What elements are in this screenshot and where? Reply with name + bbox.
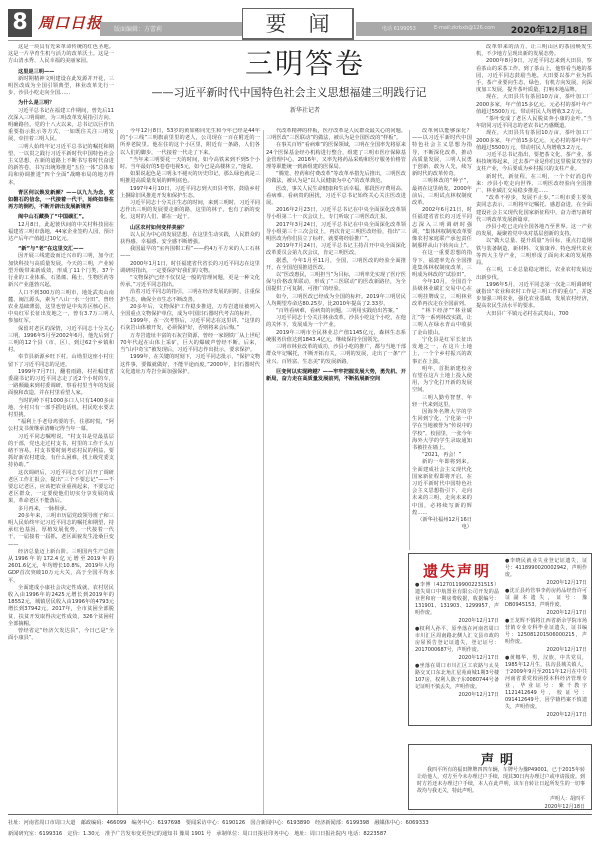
statement-signer: 声明人：胡四平 xyxy=(417,796,585,803)
article-paragraph: “茶叶变成了老区人民脱贫奔小康的金叶。”当年陪同习近平同志的老农书记乃感慨道。 xyxy=(476,116,592,130)
statement-body: 我四平所有的福田牌牌四四车辆，车牌号为豫P49001，已于2015年转让给他人，… xyxy=(417,767,585,812)
article-paragraph: 2017年3月24日，习近平总书记在中央全面深化改革领导小组第三十三次会议上，再… xyxy=(266,222,406,244)
column-divider xyxy=(117,130,118,814)
article-paragraph: 三明人勤劳智慧，年轻一代来到这里。 xyxy=(412,395,472,409)
article-paragraph: 习近平同志十分关注生态的时间，来到三明时，习近平同志作出三明的发展要走新的路，这… xyxy=(120,200,260,222)
notice-item-date: 2020年12月17日 xyxy=(505,580,587,587)
notice-item: ●王龙辉不慎将江西省新余学院市场营销专业专科毕业证遗失，证书编号：1250812… xyxy=(505,618,587,646)
article-paragraph: 习近平同志嘱咐说，“村支书是党最基层的干部，党也走过村支书，村里的工作千头万绪不… xyxy=(8,434,114,470)
article-paragraph: 在三明，工业总量稳定增长，农业农村发展迈出新步伐。 xyxy=(476,267,592,281)
column-divider xyxy=(263,130,264,814)
section-subheading: 这里是三明—— xyxy=(8,69,114,76)
article-paragraph: 三明林改的“种子”，最初在这里萌发。2000年前后，三明试点林权制度改革。 xyxy=(412,178,472,207)
article-paragraph: 改革何以能够深化？——以习近平新时代中国特色社会主义思想为指导，不断深化改革，推… xyxy=(412,128,472,178)
notice-item: ●黄娜华，男，汉族，中共党员，1985年12月生，扶沟县城关镇人，于2009年9… xyxy=(505,655,587,711)
article-paragraph: （新华社福州12月16日电） xyxy=(412,517,472,531)
lost-notice-right: ●李晓民就业失业登记证遗失，证号：4118990020002942，声明作废。2… xyxy=(505,558,587,720)
article-paragraph: 因开展三线建设而迁兴市的三明，加今正加快科技与高质量发展。今天的三明，产业转型升… xyxy=(8,253,114,289)
article-paragraph: 新的一年即将到来。全面建成社会主义现代化国家新征程即将开启。在习近平新时代中国特… xyxy=(412,459,472,517)
article-paragraph: 沙县小吃已走向全国各地乃至世界。这一产业的发展，凝聚着党中央对基层创新的支持。 xyxy=(476,224,592,238)
article-paragraph: 奉节县新源乡旺下村，山坳里这座小村庄留下了习近平同志的足迹。 xyxy=(8,354,114,368)
statement-text: 我四平所有的福田牌牌四四车辆，车牌号为豫P49001，已于2015年转让给他人，… xyxy=(417,767,585,795)
notice-item-date: 2020年12月17日 xyxy=(415,618,499,625)
footer: 社址：河南省周口市周口大道 邮政编码：466099 编务中心：6197698 要… xyxy=(8,818,592,840)
email: E-mail:zkrbxb@126.com xyxy=(434,25,495,31)
lost-notice-title: 遗失声明 xyxy=(415,560,499,581)
article-paragraph: 以人民为中心的发展思想，在这里生动实践，人民群众的获得感、幸福感、安全感不断增强… xyxy=(120,232,260,246)
article-paragraph: 全面建成小康社会决定性成就，农村居民收入由1996年的2425元增长到2019年… xyxy=(8,585,114,628)
article-column-3: 代改革精神的样板，医疗改革是人民群众最关心的问题。三明医改“三医联动”的做法，被… xyxy=(266,128,406,814)
article-column-1: 这是一块具有光荣革命传统的红色圣地。这是一片孕育生机与活力的改革沃土。这是一方山… xyxy=(8,44,114,814)
article-paragraph: 如今，三明医改已经成为全国的标杆。2019年三明居民人均期望寿命达80.25岁，… xyxy=(266,294,406,308)
article-paragraph: 今年10月，全国首个县级林业碳汇交易中心在三明挂牌成立，三明林业改革再次走在全国… xyxy=(412,279,472,308)
article-paragraph: 大田县广平镇元必村在武夷山，700 xyxy=(476,311,592,318)
article-paragraph: 我国最早的“室内围棋工程”——约4万平方米的人工石林—— xyxy=(120,246,260,260)
article-paragraph: 以“医改惠民，三明担当”为目标，三明率先实现了医疗医保与价格改革联动，形成了“三… xyxy=(266,272,406,294)
column-divider xyxy=(409,130,410,550)
article-paragraph: 经济总量迈上新台阶。三明国内生产总值从1996年的172.4亿元增至2019年的… xyxy=(8,549,114,585)
article-paragraph: 保留对老区的深情，习近平同志十分关心三明。1996年5月至2002年6月，他先后… xyxy=(8,326,114,355)
article-paragraph: 因海外名牌大学的学生回到宁化，宁化第一中学在当地被誉为“传说中的学校”。校园里，… xyxy=(412,409,472,452)
article-paragraph: 1996年5月，习近平同志第一次赴三明调研时就指出“农业和农村工作是三明工作的重… xyxy=(476,282,592,311)
article-paragraph: 2000年8月9日，习近平同志来到大田县，察看茶山的采茶工作。到了茶山上，他察看… xyxy=(476,58,592,94)
article-paragraph: 2002年6月21日，时任福建省省长的习近平同志深入三明调研时强调，“集体林权制… xyxy=(412,207,472,250)
article-paragraph: 现在，大田县共有茶园10万亩，茶叶加工厂2000多家，年产值15多亿元，元必村的… xyxy=(476,94,592,116)
article-subtitle: ——习近平新时代中国特色社会主义思想福建三明践行记 xyxy=(134,84,444,100)
article-paragraph: 据悉，今年1月至11月，全国，三明医改的经验全面推开，在全国范围推进医改。 xyxy=(266,258,406,272)
article-paragraph: “当年来三明要花一天的时间，如今高铁来到不到5个小时。当年最好的5卷卷电视5元，… xyxy=(120,157,260,171)
article-paragraph: 1999年，在关键的时刻下，习近平同志批示，“保护文物这件事，要做就做好，不能半… xyxy=(120,354,260,376)
article-paragraph: 以“做大总量、提升质量”为目标，重点打造钢铁与装备制造、新材料、文旅康养、特色现… xyxy=(476,238,592,267)
notice-item-date: 2020年12月17日 xyxy=(505,610,587,617)
article-paragraph: 20多年后，文物保护工作稳步推进，万寿岩遗址被列入全国重点文物保护单位，成为中国… xyxy=(120,304,260,318)
statement-date: 2020年12月18日 xyxy=(417,804,585,811)
notice-item: ●权利人孙平，原坐落在河南省周口市川汇区周南路北侧人汇文县市政的房屋预告登记证遗… xyxy=(415,626,499,654)
section-subheading: 闽中山石藏换了“中国碳汇”。 xyxy=(8,214,114,221)
article-paragraph: “腾笼、控药和付费改革”等改革举措先后推出，三明医改的做法，被认为是“以人民健康… xyxy=(266,171,406,185)
article-paragraph: “文物保护已经不仅仅是一般的管理问题，更是一种文化传承。”习近平同志指出。 xyxy=(120,275,260,289)
notice-item: ●坐落在周口市川汇区工农路与太昊路交叉口东北角汇星苑商城1期3号楼107房，权利… xyxy=(415,663,499,691)
article-paragraph: 1999年7月7日，翻着雨路，村社幅建省委副书记的习近平同志走了近2个小时的车，… xyxy=(8,369,114,398)
paper-logo: 周口日报 xyxy=(38,12,102,33)
article-paragraph: 习近平总书记在福建工作期间，曾先后11次深入三明调研，为三明改革发展指引方向、明… xyxy=(8,108,114,144)
statement-box: 声明 我四平所有的福田牌牌四四车辆，车牌号为豫P49001，已于2015年转让给… xyxy=(408,744,592,810)
article-paragraph: 沿着习近平同志的指引，三明在经济发展的同时，注重保护生态，确保全市生态不断改善。 xyxy=(120,289,260,303)
section-label-box: 要闻 xyxy=(242,8,354,40)
article-column-2: 今年12月8日，53岁的黄如彬同先生和今年已经是44年的“小三线”三明旗前里里的… xyxy=(120,128,260,814)
article-paragraph: 2019年7月24日，习近平总书记主持召开中央全面深化改革委员会第九次会议，肯定… xyxy=(266,243,406,257)
section-subheading: 巨变何以实现跨越？——牢牢把握发展大势，勇先机、开新局，奋力走在高质量发展前列，… xyxy=(266,369,406,383)
masthead: 8 周口日报 版面编辑：方蕾莉 要闻 电话 6199053 E-mail:zkr… xyxy=(0,0,600,40)
footer-rule xyxy=(8,814,592,815)
footer-line-2: 新闻研究室：6199316 定价：1.30元 准予广告发布变更登记的通知书 豫周… xyxy=(8,829,592,840)
notice-item: ●沈丘县药管事李药房药品经营许可证副本遗失，证号：豫DB0945153，声明作废… xyxy=(505,588,587,609)
editor-bar: 版面编辑：方蕾莉 xyxy=(100,22,242,36)
phone: 电话 6199053 xyxy=(382,25,416,32)
article-paragraph: 在事关百姓“看病难”的医保领域，三明在全国率先将原来24个医保基金经办机构进行整… xyxy=(266,142,406,171)
article-paragraph: 1999年，在一次考察后，习近平同志在这里讲，“这里的石灰岩山体被开发，必须保护… xyxy=(120,318,260,332)
article-paragraph: “改革不停步，发展不止步。”三明市委主要负责同志表示，三明将牢记嘱托、感恩奋进，… xyxy=(476,195,592,224)
section-subheading: 为什么是三明？ xyxy=(8,100,114,107)
statement-title: 声明 xyxy=(409,749,591,768)
notice-item: ●李晓民就业失业登记证遗失，证号：4118990020002942，声明作废。 xyxy=(505,558,587,579)
headline-block: 三明答卷 ——习近平新时代中国特色社会主义思想福建三明践行记 新华社记者 xyxy=(170,48,440,80)
article-paragraph: 2019年三明市全民林业总产值1145亿元，森林生态系统服务价值达到1843.4… xyxy=(266,330,406,344)
notice-item-date: 2020年12月17日 xyxy=(415,692,499,699)
notice-item-date: 2020年12月17日 xyxy=(505,647,587,654)
article-title: 三明答卷 xyxy=(170,48,440,80)
footer-line-1: 社址：河南省周口市周口大道 邮政编码：466099 编务中心：6197698 要… xyxy=(8,818,592,829)
page-number: 8 xyxy=(8,9,32,37)
article-paragraph: 现在，大田县共有茶园10万亩，茶叶加工厂2000多家，年产值15多亿元，元必村的… xyxy=(476,130,592,152)
article-paragraph: 在这一重要思想的指导下，福建率先在全国推进集体林权制度改革，三明成为林改的“试验… xyxy=(412,250,472,279)
section-subheading: 青区何以焕发新颜？——以九九为念，党如磐石的信念，一代接着一代干，始终如春在再方… xyxy=(8,190,114,212)
article-paragraph: 三明人始终牢记习近平总书记的嘱托和期望，一以贯之践行习近平新时代中国特色社会主义… xyxy=(8,144,114,187)
issue-date: 2020年12月18日 xyxy=(511,23,588,36)
article-paragraph: 医改，事关人民生命健康和生活幸福。那段医疗费用高、看病难、看病贵的困扰，习近平总… xyxy=(266,186,406,208)
article-paragraph: 多月再来，一脉相承。 xyxy=(8,506,114,513)
article-paragraph: “林下经济”“林业碳汇”等一系列林改实践，让三明人在绿水青山中收获了金山银山。 xyxy=(412,308,472,337)
article-paragraph: 新时代，新征程。在三明，一个个好消息传来：沙县小吃走向世界、三明医改经验向全国推… xyxy=(476,174,592,196)
article-paragraph: 今年12月8日，53岁的黄如彬同先生和今年已经是44年的“小三线”三明旗前里里的… xyxy=(120,128,260,157)
article-paragraph: 习近平总书记指出，要把茶文化、茶产业、茶科技统筹起来，过去茶产业是你们这里脱贫攻… xyxy=(476,152,592,174)
lost-notice-box: 遗失声明 ●李博（412701199002231515）遗失周口中航置业有限公司… xyxy=(408,553,592,726)
header-rule xyxy=(8,40,592,41)
article-paragraph: 这是一块具有光荣革命传统的红色圣地。这是一片孕育生机与活力的改革沃土。这是一方山… xyxy=(8,44,114,66)
article-paragraph: 三明市林业改革的成功，沙县小吃的推广，都与当地干部群众牢记嘱托，不断开拓有关，三… xyxy=(266,344,406,366)
notice-item: ●李博（412701199002231515）遗失周口中航置业有限公司开发的晶业… xyxy=(415,582,499,617)
section-subheading: 山区农村如何变样美丽？ xyxy=(120,225,260,232)
notice-item-date: 2020年12月17日 xyxy=(505,712,587,719)
article-paragraph: 改革带来的活力，让三明山区的茶园焕发生机，不少地方呈现出新的发展态势。 xyxy=(476,44,592,58)
info-bar: 电话 6199053 E-mail:zkrbxb@126.com 2020年12… xyxy=(356,22,592,36)
article-paragraph: 代改革精神的样板，医疗改革是人民群众最关心的问题。三明医改“三医联动”的做法，被… xyxy=(266,128,406,142)
section-label: 要闻 xyxy=(243,9,352,39)
article-byline: 新华社记者 xyxy=(170,105,440,114)
editor-line: 版面编辑：方蕾莉 xyxy=(114,24,162,33)
article-paragraph: 如果说起色是三明永不褪灭的历史印记，那么绿色就是三明推进高质量发展的鲜明底色。 xyxy=(120,171,260,185)
lost-notice-left: ●李博（412701199002231515）遗失周口中航置业有限公司开发的晶业… xyxy=(415,582,499,700)
article-paragraph: 12月8日，此起彼伏间的中关村科技园在福建省三明市落地，44家企业签约人园，预计… xyxy=(8,222,114,244)
article-paragraph: 1997年4月10日，习近平同志到大田县考察，鼓励乡村上摒除旧风推进开发和保护生… xyxy=(120,186,260,200)
article-paragraph: 曾经省定“经济欠发达县”，今日已是“全面小康县”。 xyxy=(8,628,114,642)
article-paragraph: 当时的岭下村1000多口人只有1400多亩地，全村只有一部手摇电话机，村民吃水要… xyxy=(8,398,114,420)
article-paragraph: 新时期精神文明建设在此发源并开花，三明医改成为全国引领典型，林业改革先行一步，沙… xyxy=(8,76,114,98)
article-paragraph: 人口不到300万的三明市，地处武夷山南麓、闽江源头，素为“八山一水一分田”。曾经… xyxy=(8,290,114,326)
article-paragraph: 习近平同志十分关注林业改革。沙县小吃这个小吃，在他的关怀下，发展成为一个产业。 xyxy=(266,315,406,329)
article-column-5: 改革带来的活力，让三明山区的茶园焕发生机，不少地方呈现出新的发展态势。2000年… xyxy=(476,44,592,548)
article-paragraph: 2000年1月1日，时任福建省代省长的习近平同志在这里调研时指出，一定要保护好我… xyxy=(120,261,260,275)
article-column-4: 改革何以能够深化？——以习近平新时代中国特色社会主义思想为指导，不断深化改革，推… xyxy=(412,128,472,548)
article-paragraph: 宁化县是红军长征出发地之一，在这片土地上，一个个乡村振兴的故事正在上演。 xyxy=(412,337,472,366)
article-paragraph: 20多年来，三明市历届党政领导班子和三明人民始终牢记习近平同志的嘱托和期望，持承… xyxy=(8,513,114,549)
article-paragraph: “福利上手老母鸡要的手，住那时慌，“阿公村支书黄继承清晰记得当年一幕。 xyxy=(8,419,114,433)
article-paragraph: 2016年2月23日，习近平总书记在中央全面深化改革领导小组第二十一次会议上，专… xyxy=(266,207,406,221)
article-paragraph: 明年，首批新建校舍有望在这片土地上投入使用，为宁化打开新的发展空间。 xyxy=(412,366,472,395)
article-paragraph: 万寿岩遗址丰富的石灰岩资源，曾经一家钢铁厂从上世纪70年代起在山体上采矿，巨大的… xyxy=(120,333,260,355)
notice-item-date: 2020年12月17日 xyxy=(415,655,499,662)
article-paragraph: 这次调研后，习近平同志专门召开了调研老区工作汇报会，提出“三个不要忘记”——不要… xyxy=(8,470,114,506)
